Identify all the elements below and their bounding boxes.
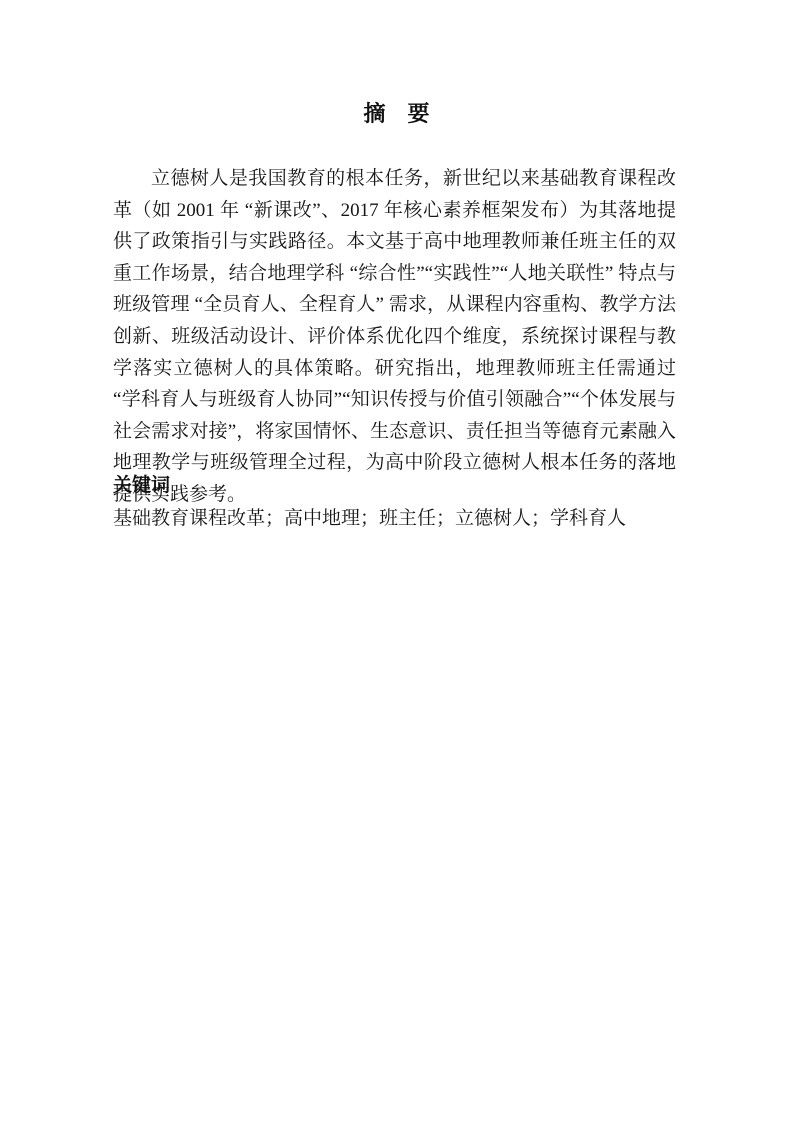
keywords-text: 基础教育课程改革；高中地理；班主任；立德树人；学科育人 <box>113 506 676 532</box>
abstract-paragraph: 立德树人是我国教育的根本任务，新世纪以来基础教育课程改革（如 2001 年 “新… <box>113 163 676 511</box>
document-page: 摘 要 立德树人是我国教育的根本任务，新世纪以来基础教育课程改革（如 2001 … <box>0 0 793 1122</box>
keywords-heading: 关键词 <box>113 473 170 499</box>
abstract-title: 摘 要 <box>0 100 793 128</box>
